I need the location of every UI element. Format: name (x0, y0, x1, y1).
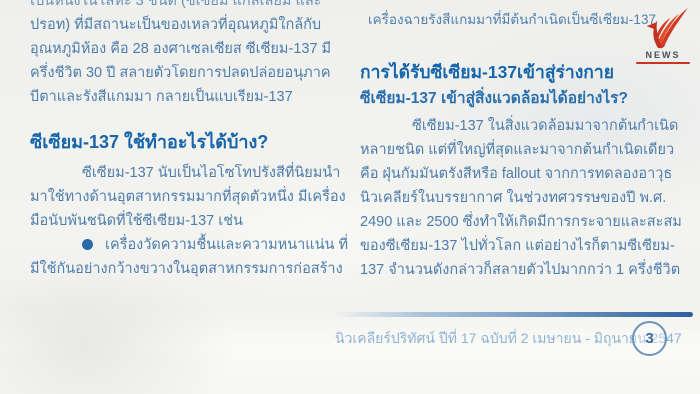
scanned-document-page: เป็นหนึ่งในโลหะ 3 ชนิด (ซีเซียม แกลเลียม… (0, 0, 700, 394)
bullet-item-text: เครื่องวัดความชื้นและความหนาแน่น ที่ (105, 233, 348, 257)
news-label: NEWS (634, 50, 692, 60)
phoenix-bird-icon (636, 4, 690, 52)
sub-heading-environment: ซีเซียม-137 เข้าสู่สิ่งแวดล้อมได้อย่างไร… (360, 88, 698, 110)
text-line: ครึ่งชีวิต 30 ปี สลายตัวโดยการปลดปล่อยอน… (30, 61, 342, 85)
text-line: คือ ฝุ่นกัมมันตรังสีหรือ fallout จากการท… (360, 162, 698, 186)
section-heading-uses: ซีเซียม-137 ใช้ทำอะไรได้บ้าง? (30, 129, 342, 155)
text-line: 2490 และ 2500 ซึ่งทำให้เกิดมีการกระจายแล… (360, 210, 698, 234)
text-line: ซีเซียม-137 นับเป็นไอโซโทปรังสีที่นิยมนำ (30, 161, 342, 185)
left-column: เป็นหนึ่งในโลหะ 3 ชนิด (ซีเซียม แกลเลียม… (30, 0, 342, 281)
text-line: ซีเซียม-137 ในสิ่งแวดล้อมมาจากต้นกำเนิด (360, 114, 698, 138)
text-line: หลายชนิด แต่ที่ใหญ่ที่สุดและมาจากต้นกำเน… (360, 138, 698, 162)
text-line: มือนับพันชนิดที่ใช้ซีเซียม-137 เช่น (30, 209, 342, 233)
text-line: 137 จำนวนดังกล่าวก็สลายตัวไปมากกว่า 1 คร… (360, 258, 698, 282)
text-line: ของซีเซียม-137 ไปทั่วโลก แต่อย่างไรก็ตาม… (360, 234, 698, 258)
footer-publication-info: นิวเคลียร์ปริทัศน์ ปีที่ 17 ฉบับที่ 2 เม… (335, 327, 682, 349)
text-line-clipped: เป็นหนึ่งในโลหะ 3 ชนิด (ซีเซียม แกลเลียม… (30, 0, 342, 13)
text-line: อุณหภูมิห้อง คือ 28 องศาเซลเซียส ซีเซียม… (30, 37, 342, 61)
text-line: บีตาและรังสีแกมมา กลายเป็นแบเรียม-137 (30, 85, 342, 109)
bullet-list-item: เครื่องวัดความชื้นและความหนาแน่น ที่ (30, 233, 342, 257)
news-underline (636, 62, 690, 64)
text-line: มีใช้กันอย่างกว้างขวางในอุตสาหกรรมการก่อ… (30, 257, 342, 281)
news-channel-watermark: NEWS (634, 4, 692, 64)
text-line: มาใช้ทางด้านอุตสาหกรรมมากที่สุดตัวหนึ่ง … (30, 185, 342, 209)
text-line: ปรอท) ที่มีสถานะเป็นของเหลวที่อุณหภูมิใก… (30, 13, 342, 37)
footer-divider-bar (333, 312, 693, 317)
page-number: 3 (645, 330, 653, 347)
text-line: นิวเคลียร์ในบรรยากาศ ในช่วงทศวรรษของปี พ… (360, 186, 698, 210)
bullet-icon (82, 239, 93, 250)
page-number-badge: 3 (632, 321, 667, 356)
